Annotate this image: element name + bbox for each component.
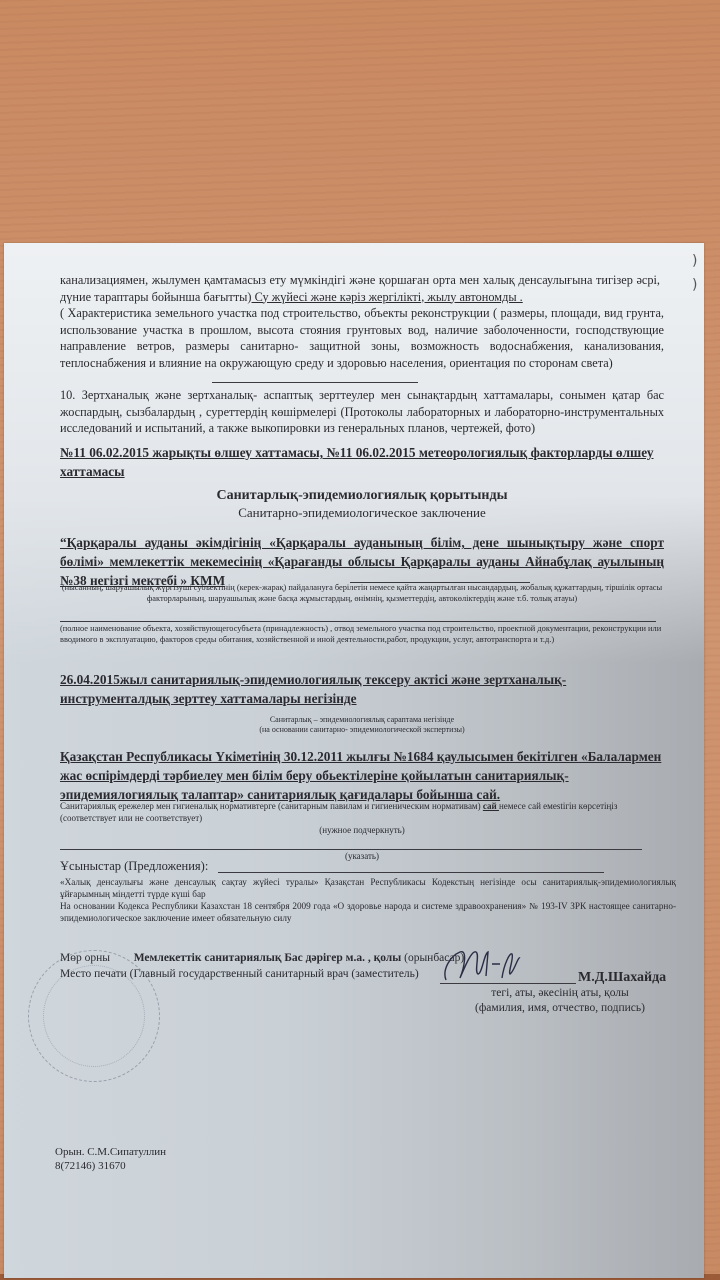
executor-phone: 8(72146) 31670 [55,1160,126,1172]
title-ru: Санитарно-эпидемиологическое заключение [60,505,664,521]
object-hint-ru: (полное наименование объекта, хозяйствую… [60,623,664,645]
executor-name: Орын. С.М.Сипатуллин [55,1146,166,1158]
stamp-label-row: Мөр орны Мемлекеттік санитариялық Бас дә… [60,952,464,964]
stamp-label-ru: Место печати (Главный государственный са… [60,968,419,980]
signer-hint-ru: (фамилия, имя, отчество, подпись) [460,1002,660,1014]
legal-basis-ru: На основании Кодекса Республики Казахста… [60,900,676,924]
staple-mark-icon: ) [692,277,697,293]
item-10-paragraph: 10. Зертханалық және зертханалық- аспапт… [60,387,664,437]
blank-line [60,621,656,622]
norms-statement: Санитариялық ережелер мен гигиеналық нор… [60,800,664,824]
land-characteristics-ru: ( Характеристика земельного участка под … [60,305,664,371]
signer-hint-kz: тегі, аты, әкесінің аты, қолы [460,987,660,999]
basis-hint-kz: Санитарлық – эпидемиологиялық сараптама … [60,715,664,726]
object-hint-kz: (нысанның, шаруашылық жүргізуші субъекті… [60,582,664,604]
norms-choice: сай [483,801,499,811]
norms-hint: (нужное подчеркнуть) [60,825,664,836]
blank-line [212,382,418,383]
proposals-label: Ұсыныстар (Предложения): [60,859,208,874]
stamp-label-kz: Мөр орны [60,952,110,964]
compliance-text: Қазақстан Республикасы Үкіметінің 30.12.… [60,747,664,804]
intro-paragraph: канализациямен, жылумен қамтамасыз ету м… [60,272,660,305]
signer-role-kz: Мемлекеттік санитариялық Бас дәрігер м.а… [134,952,402,964]
title-kz: Санитарлық-эпидемиологиялық қорытынды [60,488,664,504]
legal-basis-kz: «Халық денсаулығы және денсаулық сақтау … [60,876,676,900]
blank-line [218,872,604,873]
blank-line [60,849,642,850]
basis-hint-ru: (на основании санитарно- эпидемиологичес… [60,725,664,736]
signer-name: М.Д.Шахайда [578,970,666,986]
staple-mark-icon: ) [692,253,697,269]
signature-icon [438,944,538,988]
item-10-answer: №11 06.02.2015 жарықты өлшеу хаттамасы, … [60,443,664,481]
basis-text: 26.04.2015жыл санитариялық-эпидемиология… [60,670,664,708]
intro-answer: Су жүйесі және кәріз жергілікті, жылу ав… [252,290,523,304]
